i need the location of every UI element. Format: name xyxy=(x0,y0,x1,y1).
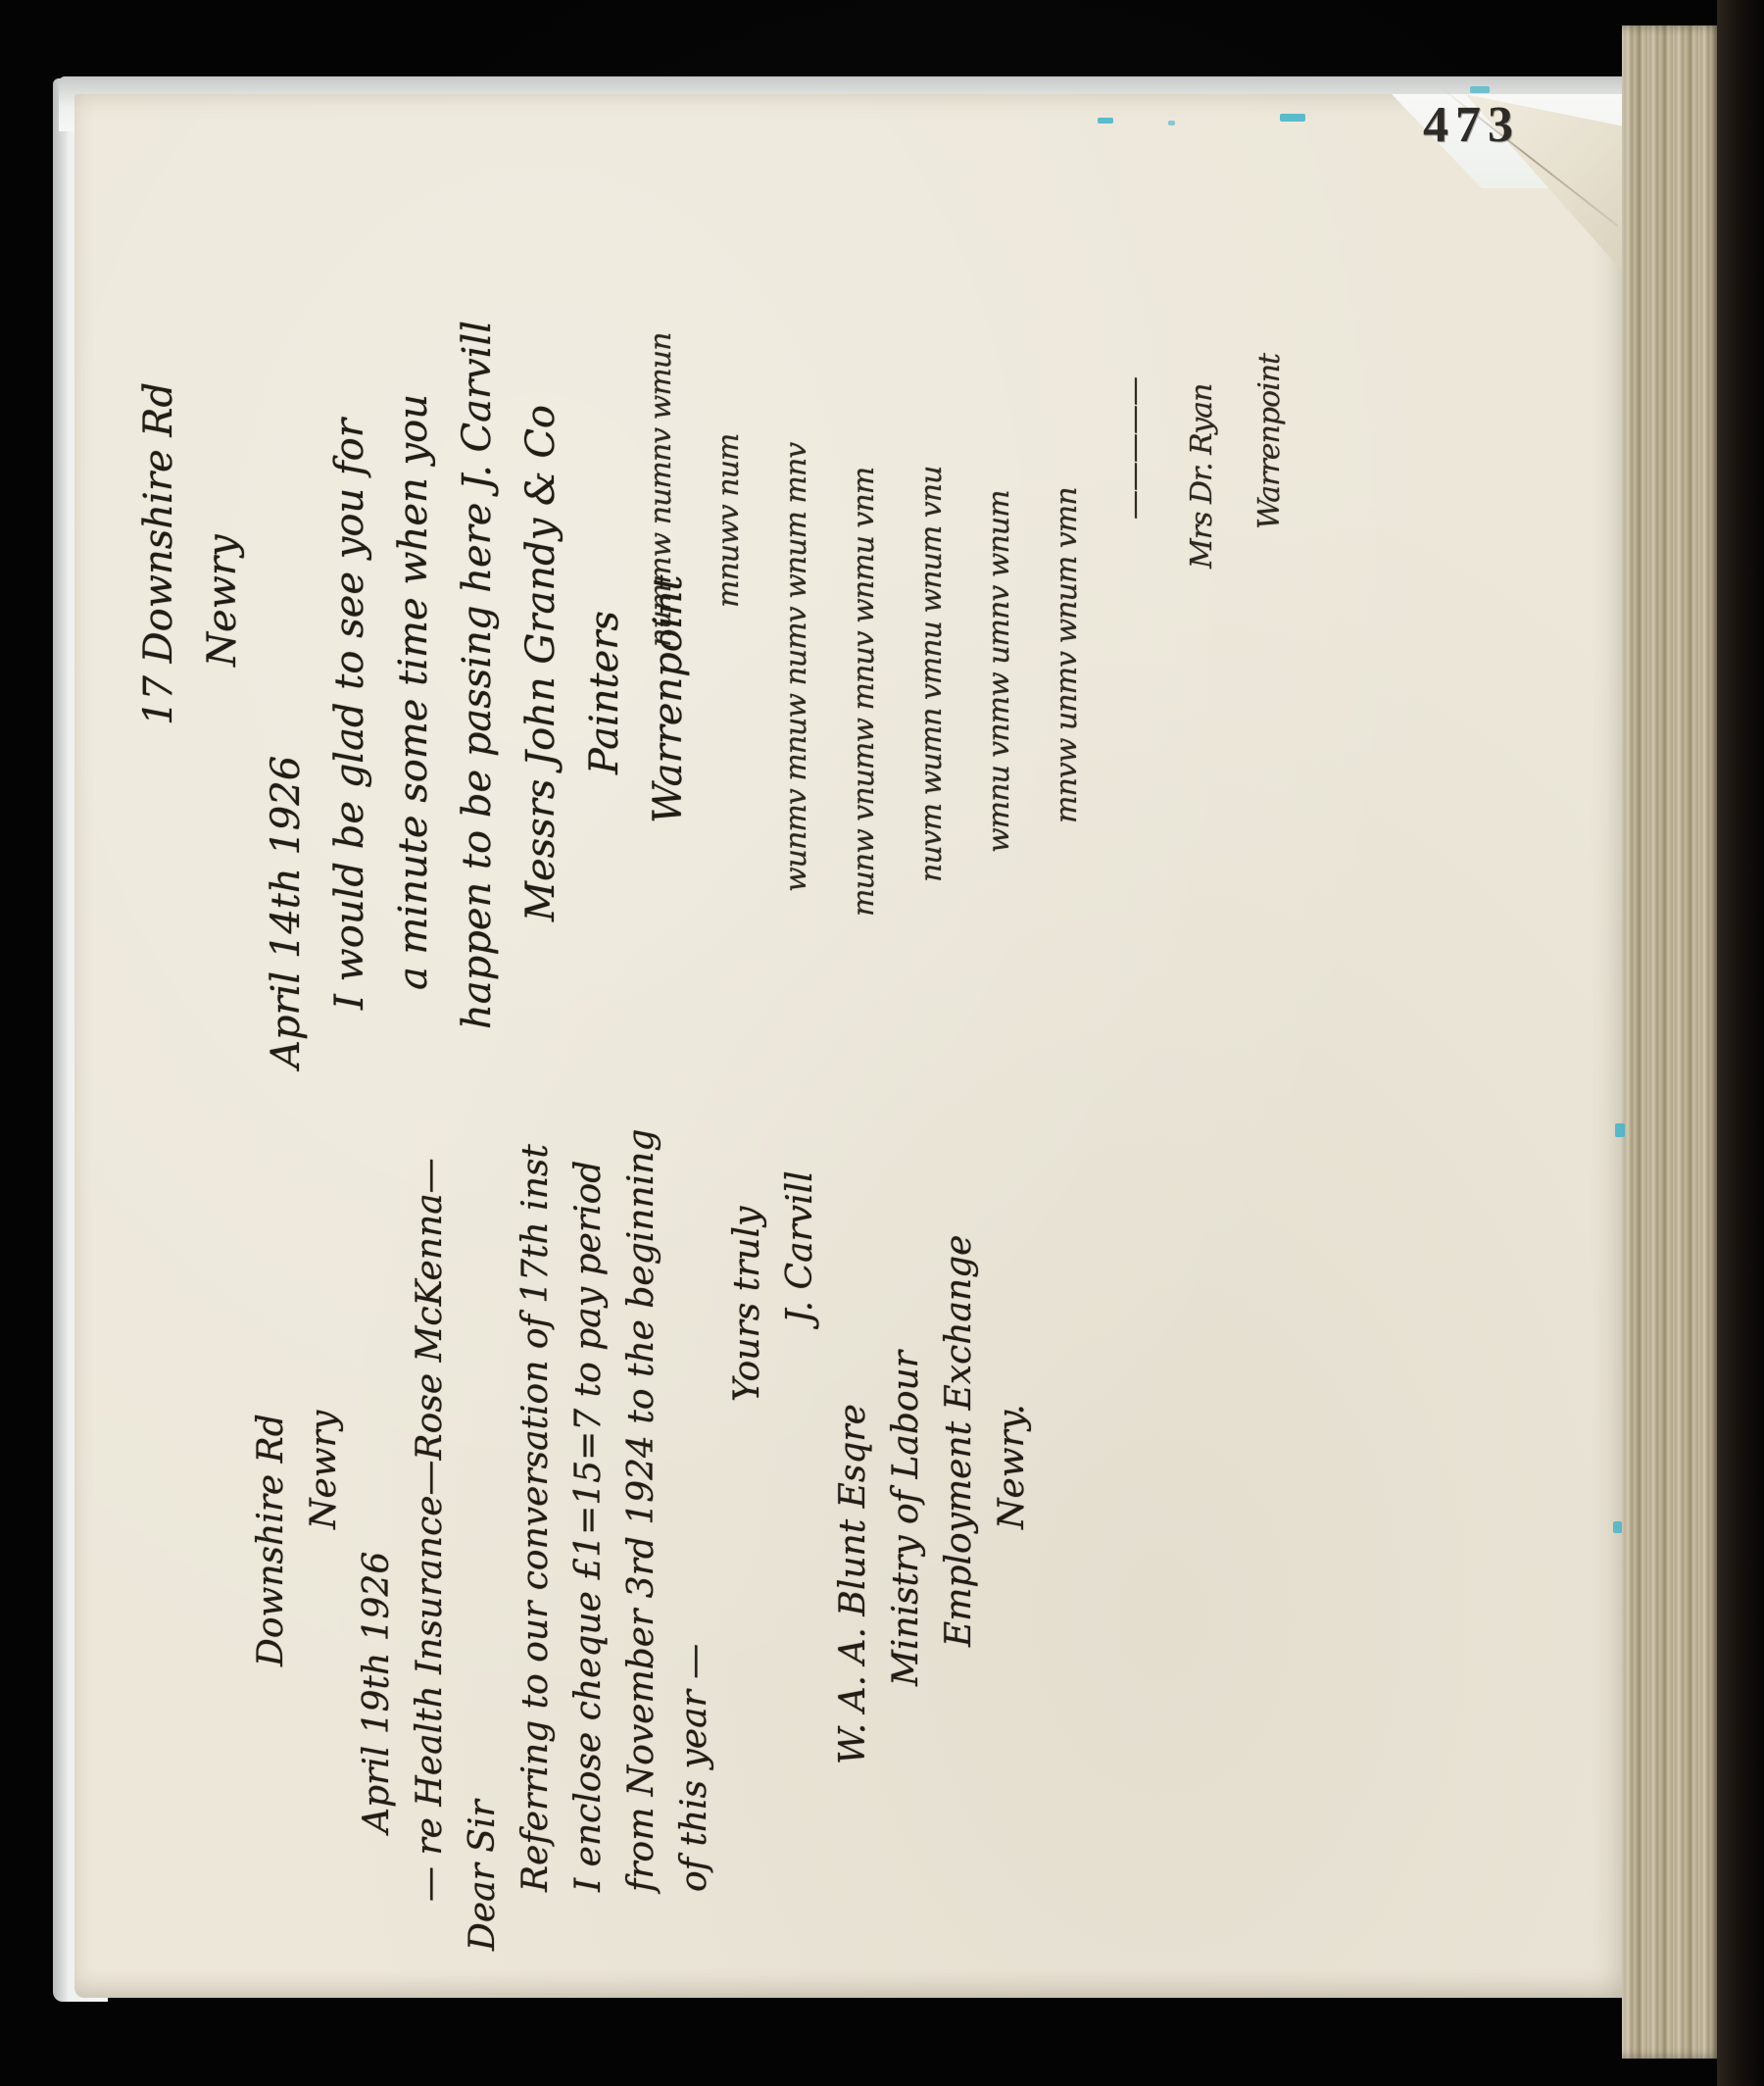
handwritten-line: 17 Downshire Rd xyxy=(127,118,191,1098)
handwritten-line: J. Carvill xyxy=(774,774,827,1951)
handwritten-letter-3: Downshire Rd Newry April 19th 1926 — re … xyxy=(245,774,1049,1951)
ink-speck xyxy=(1280,114,1305,122)
handwritten-line: from November 3rd 1924 to the beginning xyxy=(615,774,668,1951)
ink-speck xyxy=(1615,1123,1625,1137)
handwritten-line: Employment Exchange xyxy=(933,774,986,1951)
book-cover-edge xyxy=(1717,0,1764,2086)
handwritten-line: ————— xyxy=(1101,137,1168,941)
handwritten-line: Mrs Dr. Ryan xyxy=(1168,137,1236,941)
handwritten-line: I enclose cheque £1=15=7 to pay period xyxy=(563,774,615,1951)
ink-speck xyxy=(1098,118,1113,124)
handwritten-line: W. A. A. Blunt Esqre xyxy=(827,774,880,1951)
letterbook-scan: 473 17 Downshire Rd Newry April 14th 192… xyxy=(0,0,1764,2086)
handwritten-line: — re Health Insurance—Rose McKenna— xyxy=(404,774,457,1951)
ink-speck xyxy=(1613,1521,1622,1533)
handwritten-line: Yours truly xyxy=(721,774,774,1951)
handwritten-line: Downshire Rd xyxy=(245,774,298,1951)
handwritten-line: Newry. xyxy=(986,774,1039,1951)
handwritten-line: April 19th 1926 xyxy=(351,774,404,1951)
page-stack-fore-edge xyxy=(1622,25,1722,2059)
handwritten-line: Referring to our conversation of 17th in… xyxy=(510,774,563,1951)
handwritten-line: Warrenpoint xyxy=(1236,137,1303,941)
handwritten-line: Newry xyxy=(298,774,351,1951)
page-number: 473 xyxy=(1423,96,1599,154)
ink-speck xyxy=(1470,86,1490,93)
handwritten-line: Ministry of Labour xyxy=(880,774,933,1951)
handwritten-line: of this year — xyxy=(668,774,721,1951)
handwritten-line: Dear Sir xyxy=(457,774,510,1951)
ink-speck xyxy=(1168,121,1175,125)
